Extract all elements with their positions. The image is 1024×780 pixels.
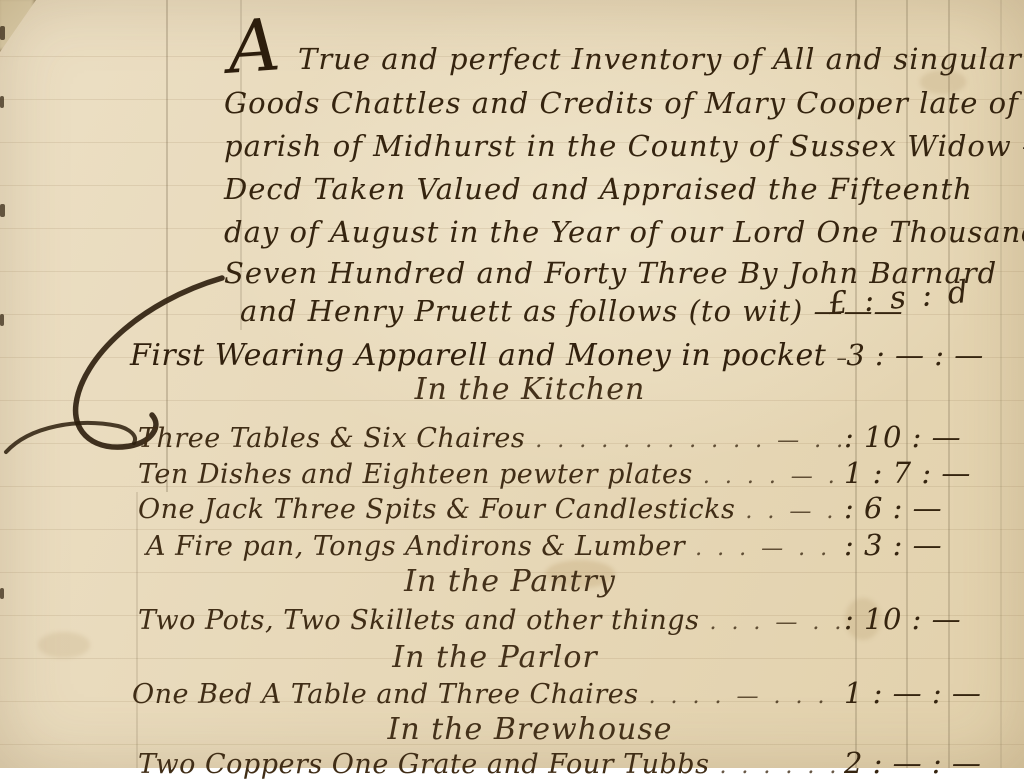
dotted-leader: —— [826, 346, 846, 371]
preamble-line-2: Goods Chattles and Credits of Mary Coope… [224, 88, 1014, 120]
preamble-line-1: True and perfect Inventory of All and si… [298, 44, 1024, 76]
dotted-leader: . . . — . . . [685, 536, 844, 561]
inventory-row: First Wearing Apparell and Money in pock… [130, 338, 1004, 373]
amount: : 10 : — [844, 602, 1004, 636]
section-heading-parlor: In the Parlor [105, 640, 885, 675]
item-text: Two Coppers One Grate and Four Tubbs [138, 749, 709, 768]
amount: 1 : — : — [844, 676, 1004, 710]
preamble-line-5: day of August in the Year of our Lord On… [224, 217, 1014, 249]
item-text: Ten Dishes and Eighteen pewter plates [138, 459, 693, 490]
dotted-leader: . . . . . . . . . . . — . . . [525, 428, 844, 453]
item-text: One Jack Three Spits & Four Candlesticks [138, 494, 735, 525]
inventory-row: Ten Dishes and Eighteen pewter plates . … [138, 456, 1004, 490]
preamble-line-3: parish of Midhurst in the County of Suss… [224, 131, 1014, 163]
preamble-line-4: Decd Taken Valued and Appraised the Fift… [224, 174, 1014, 206]
amount: 1 : 7 : — [844, 456, 1004, 490]
section-heading-pantry: In the Pantry [120, 564, 900, 599]
inventory-row: Two Pots, Two Skillets and other things … [138, 602, 1004, 636]
item-text: Three Tables & Six Chaires [138, 423, 525, 454]
amount: 3 : — : — [846, 338, 1006, 372]
section-heading-brewhouse: In the Brewhouse [140, 712, 920, 747]
amount: 2 : — : — [844, 746, 1004, 768]
dotted-leader: . . . . — . . . [639, 684, 844, 709]
item-text: A Fire pan, Tongs Andirons & Lumber [146, 531, 685, 562]
dotted-leader: . . . . . . [709, 754, 844, 768]
amount: : 6 : — [844, 491, 1004, 525]
dotted-leader: . . . . — . . . . [693, 464, 844, 489]
dotted-leader: . . . — . . [699, 610, 844, 635]
manuscript-page: A True and perfect Inventory of All and … [0, 0, 1024, 768]
inventory-row: Three Tables & Six Chaires . . . . . . .… [138, 420, 1004, 454]
amount: : 10 : — [844, 420, 1004, 454]
inventory-row: Two Coppers One Grate and Four Tubbs . .… [138, 746, 1004, 768]
inventory-row: One Bed A Table and Three Chaires . . . … [132, 676, 1004, 710]
drop-cap-initial: A [226, 8, 283, 83]
inventory-row: One Jack Three Spits & Four Candlesticks… [138, 491, 1004, 525]
amount: : 3 : — [844, 528, 1004, 562]
item-text: First Wearing Apparell and Money in pock… [130, 338, 826, 373]
section-heading-kitchen: In the Kitchen [140, 372, 920, 407]
item-text: One Bed A Table and Three Chaires [132, 679, 639, 710]
margin-rule-left [166, 0, 168, 492]
item-text: Two Pots, Two Skillets and other things [138, 605, 699, 636]
inventory-row: A Fire pan, Tongs Andirons & Lumber . . … [146, 528, 1004, 562]
dotted-leader: . . — . . . [735, 499, 844, 524]
